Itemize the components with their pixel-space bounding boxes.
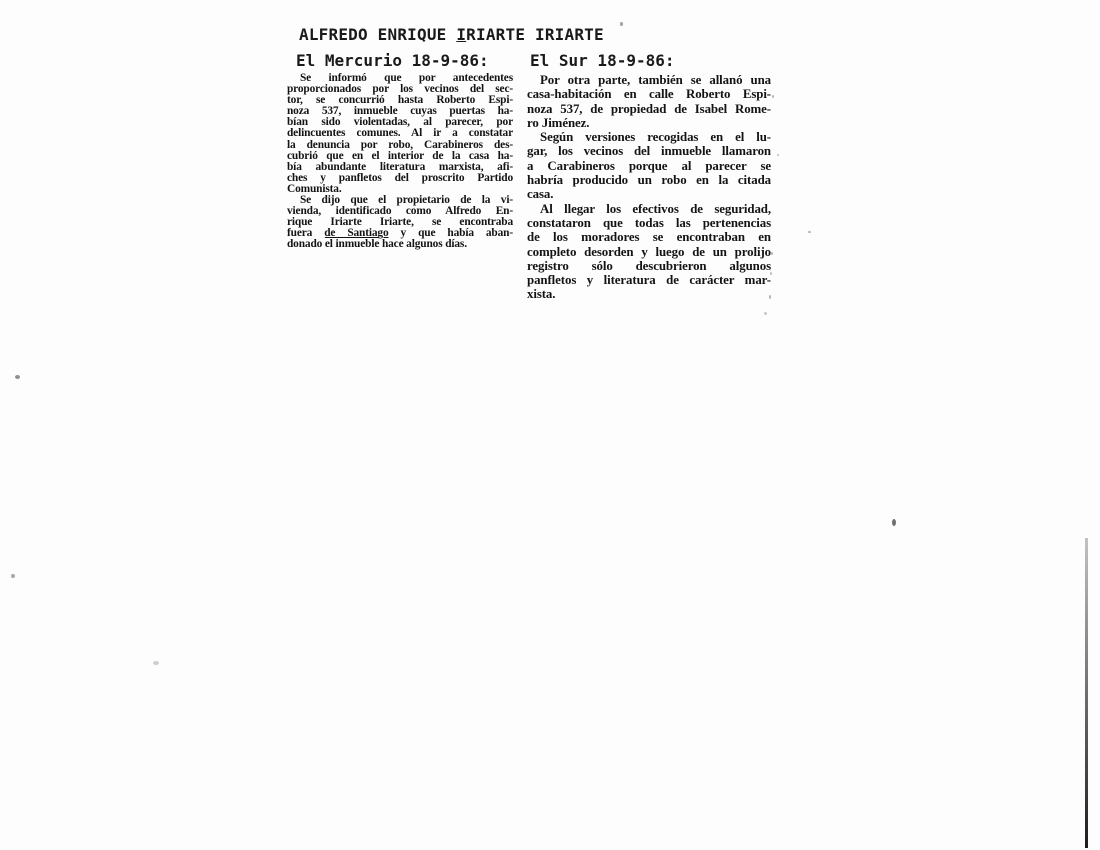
article-el-mercurio: El Mercurio 18-9-86: Se informó que por …	[287, 51, 513, 251]
article-line: habría producido un robo en la citada	[527, 173, 771, 187]
page-title: ALFREDO ENRIQUE IRIARTE IRIARTE	[299, 25, 604, 44]
article-line: ro Jiménez.	[527, 116, 771, 130]
article-line: delincuentes comunes. Al ir a constatar	[287, 128, 513, 139]
article-line: panfletos y literatura de carácter mar-	[527, 273, 771, 287]
scan-speck	[770, 272, 772, 275]
article-heading-el-mercurio: El Mercurio 18-9-86:	[296, 51, 513, 70]
article-line: la denuncia por robo, Carabineros des-	[287, 140, 513, 151]
scanned-newspaper-page: ALFREDO ENRIQUE IRIARTE IRIARTE El Mercu…	[0, 0, 1100, 850]
article-line: completo desorden y luego de un prolijo	[527, 245, 771, 259]
scan-speck	[769, 295, 771, 299]
underlined-text: I	[456, 25, 466, 44]
scan-speck	[153, 661, 159, 665]
article-line: registro sólo descubrieron algunos	[527, 259, 771, 273]
article-line: casa.	[527, 187, 771, 201]
scan-speck	[620, 22, 623, 26]
article-line: gar, los vecinos del inmueble llamaron	[527, 144, 771, 158]
article-line: Según versiones recogidas en el lu-	[527, 130, 771, 144]
article-body-el-sur: Por otra parte, también se allanó unacas…	[527, 73, 771, 302]
scan-speck	[764, 312, 767, 315]
scan-speck	[15, 375, 20, 379]
article-el-sur: El Sur 18-9-86: Por otra parte, también …	[527, 51, 771, 302]
overlined-text: el inmueble	[325, 238, 379, 250]
article-line: constataron que todas las pertenencias	[527, 216, 771, 230]
article-line: donado el inmueble hace algunos días.	[287, 239, 513, 250]
article-line: Por otra parte, también se allanó una	[527, 73, 771, 87]
scan-speck	[772, 95, 774, 98]
scan-speck	[771, 252, 773, 255]
scan-crease-line	[1085, 538, 1088, 848]
article-line: de los moradores se encontraban en	[527, 230, 771, 244]
article-line: Al llegar los efectivos de seguridad,	[527, 202, 771, 216]
article-body-el-mercurio: Se informó que por antecedentesproporcio…	[287, 73, 513, 251]
article-line: xista.	[527, 287, 771, 301]
article-heading-el-sur: El Sur 18-9-86:	[530, 51, 771, 70]
article-line: casa-habitación en calle Roberto Espi-	[527, 87, 771, 101]
article-line: noza 537, de propiedad de Isabel Rome-	[527, 102, 771, 116]
text-segment: donado	[287, 238, 325, 250]
text-segment: RIARTE IRIARTE	[466, 25, 604, 44]
scan-speck	[777, 154, 779, 156]
article-line: a Carabineros porque al parecer se	[527, 159, 771, 173]
text-segment: hace algunos días.	[379, 238, 467, 250]
text-segment: ALFREDO ENRIQUE	[299, 25, 456, 44]
scan-speck	[11, 574, 15, 578]
scan-speck	[892, 519, 896, 526]
scan-speck	[808, 231, 811, 233]
